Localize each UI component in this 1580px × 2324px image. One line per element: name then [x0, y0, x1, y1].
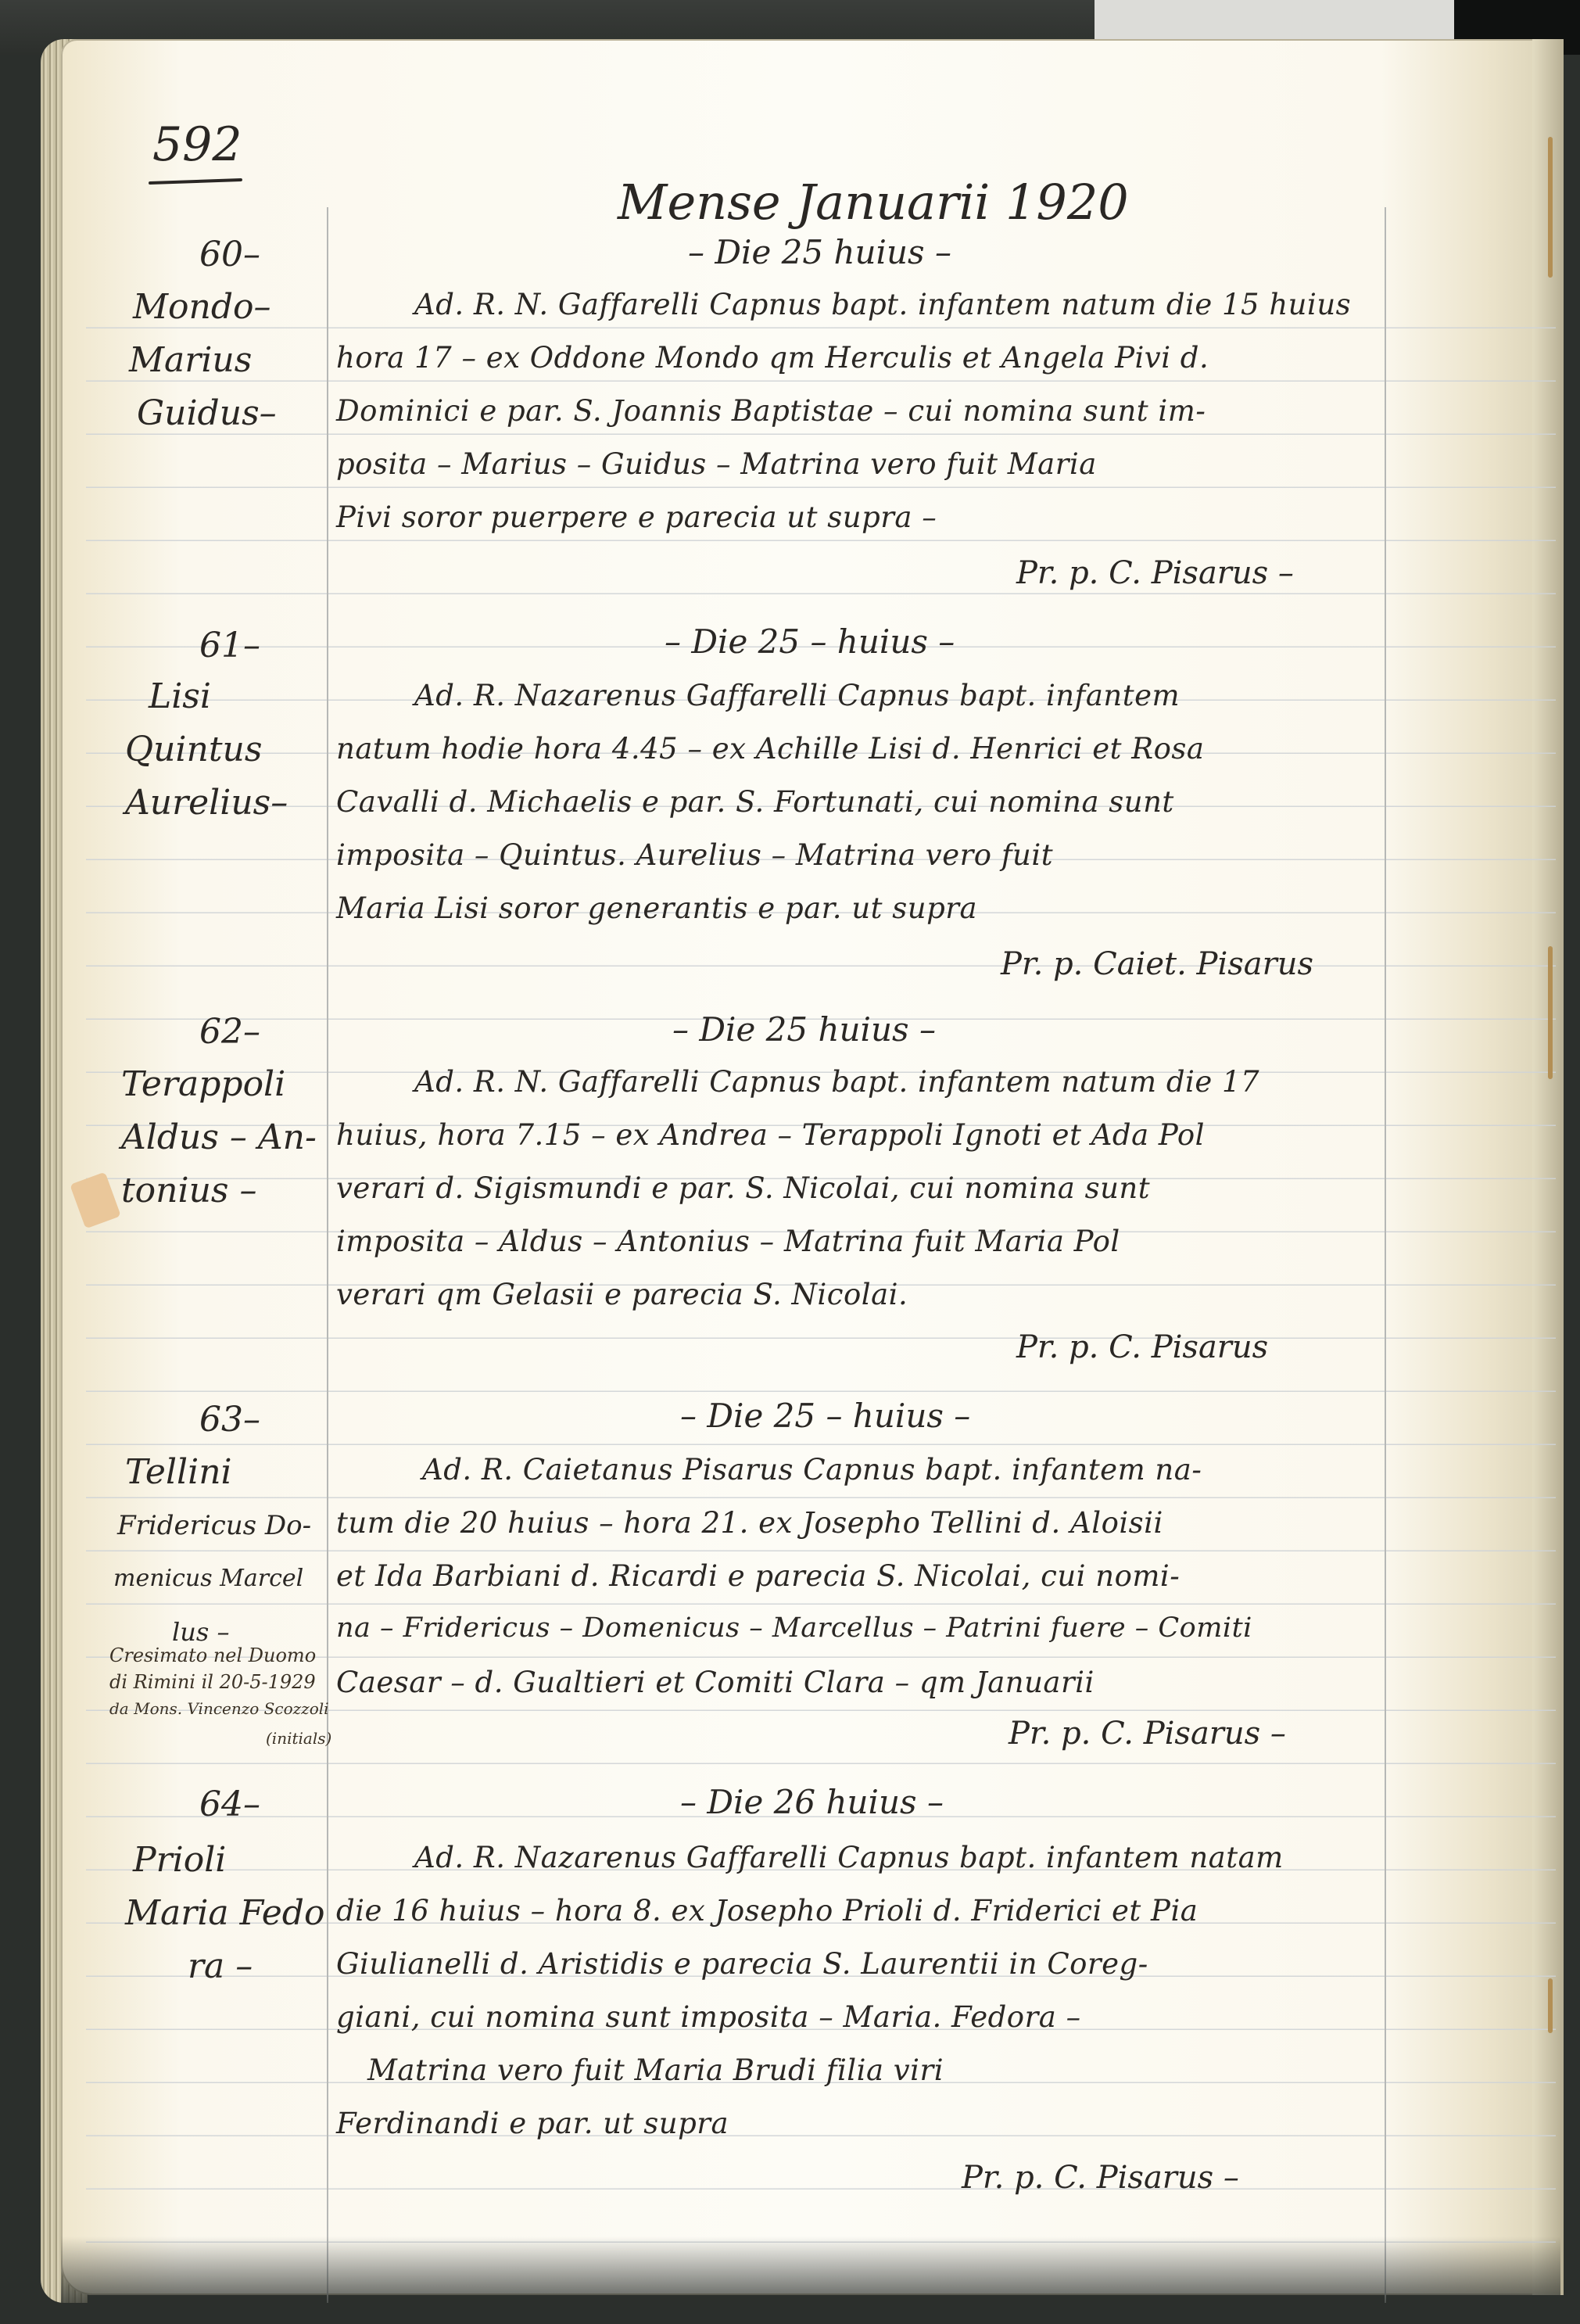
- binding-stitch: [1548, 137, 1553, 278]
- entry-number: 62–: [199, 1012, 260, 1052]
- day-heading: – Die 25 huius –: [688, 233, 951, 271]
- entry-text-line: tum die 20 huius – hora 21. ex Josepho T…: [336, 1506, 1163, 1540]
- margin-name: Fridericus Do-: [117, 1500, 311, 1551]
- priest-signature: Pr. p. C. Pisarus –: [1009, 1716, 1286, 1752]
- entry-text-line: die 16 huius – hora 8. ex Josepho Prioli…: [336, 1894, 1198, 1928]
- entry-number: 61–: [199, 626, 260, 665]
- confirmation-note: Cresimato nel Duomo: [109, 1642, 316, 1669]
- margin-name: ra –: [188, 1941, 253, 1992]
- entry-text-line: Caesar – d. Gualtieri et Comiti Clara – …: [336, 1666, 1095, 1699]
- binding-stitch: [1548, 946, 1553, 1079]
- day-heading: – Die 26 huius –: [680, 1783, 944, 1821]
- margin-name: Marius: [129, 335, 252, 386]
- entry-text-line: Maria Lisi soror generantis e par. ut su…: [336, 891, 977, 925]
- entry-text-line: Ad. R. Nazarenus Gaffarelli Capnus bapt.…: [414, 679, 1180, 712]
- priest-signature: Pr. p. C. Pisarus: [1016, 1329, 1268, 1365]
- margin-name: menicus Marcel: [113, 1553, 303, 1605]
- page-number: 592: [152, 117, 242, 172]
- entry-text-line: imposita – Quintus. Aurelius – Matrina v…: [336, 838, 1053, 872]
- entry-text-line: na – Fridericus – Domenicus – Marcellus …: [336, 1612, 1252, 1644]
- margin-name: Aldus – An-: [121, 1112, 317, 1164]
- entry-number: 64–: [199, 1784, 260, 1824]
- entry-text-line: Ad. R. Caietanus Pisarus Capnus bapt. in…: [422, 1453, 1202, 1487]
- binding-stitch: [1548, 1978, 1553, 2033]
- entry-number: 60–: [199, 235, 260, 274]
- margin-name: Prioli: [133, 1834, 226, 1886]
- margin-name: Tellini: [125, 1447, 232, 1498]
- entry-text-line: et Ida Barbiani d. Ricardi e parecia S. …: [336, 1559, 1180, 1593]
- confirmation-note: di Rimini il 20-5-1929: [109, 1669, 316, 1695]
- entry-text-line: huius, hora 7.15 – ex Andrea – Terappoli…: [336, 1118, 1205, 1152]
- margin-name: Terappoli: [121, 1059, 285, 1110]
- priest-signature: Pr. p. C. Pisarus –: [962, 2160, 1239, 2196]
- entry-text-line: verari qm Gelasii e parecia S. Nicolai.: [336, 1278, 908, 1311]
- margin-name: Maria Fedo: [125, 1888, 324, 1939]
- entry-text-line: giani, cui nomina sunt imposita – Maria.…: [336, 2000, 1081, 2034]
- entry-text-line: imposita – Aldus – Antonius – Matrina fu…: [336, 1225, 1120, 1258]
- margin-name: Lisi: [149, 671, 211, 723]
- day-heading: – Die 25 huius –: [672, 1010, 936, 1049]
- entry-text-line: Cavalli d. Michaelis e par. S. Fortunati…: [336, 785, 1174, 819]
- entry-text-line: Matrina vero fuit Maria Brudi filia viri: [367, 2053, 944, 2087]
- note-initials: (initials): [266, 1725, 331, 1752]
- entry-text-line: Dominici e par. S. Joannis Baptistae – c…: [336, 394, 1206, 428]
- entry-text-line: Ad. R. N. Gaffarelli Capnus bapt. infant…: [414, 1065, 1259, 1099]
- entry-text-line: Ad. R. N. Gaffarelli Capnus bapt. infant…: [414, 288, 1351, 321]
- entry-text-line: Ferdinandi e par. ut supra: [336, 2107, 729, 2140]
- day-heading: – Die 25 – huius –: [680, 1397, 970, 1435]
- entry-text-line: Pivi soror puerpere e parecia ut supra –: [336, 500, 937, 534]
- entry-text-line: verari d. Sigismundi e par. S. Nicolai, …: [336, 1171, 1150, 1205]
- margin-name: Aurelius–: [125, 777, 288, 829]
- entry-text-line: Ad. R. Nazarenus Gaffarelli Capnus bapt.…: [414, 1841, 1284, 1874]
- entry-text-line: posita – Marius – Guidus – Matrina vero …: [336, 447, 1097, 481]
- entry-text-line: hora 17 – ex Oddone Mondo qm Herculis et…: [336, 341, 1209, 375]
- margin-name: Mondo–: [133, 282, 271, 333]
- margin-name: Quintus: [125, 724, 262, 776]
- margin-name: Guidus–: [137, 388, 277, 439]
- entry-number: 63–: [199, 1400, 260, 1440]
- margin-rule-left: [327, 207, 328, 2303]
- margin-rule-right: [1385, 207, 1386, 2303]
- page-title: Mense Januarii 1920: [618, 174, 1129, 231]
- confirmation-note: da Mons. Vincenzo Scozzoli: [109, 1695, 329, 1722]
- day-heading: – Die 25 – huius –: [665, 622, 955, 661]
- entry-text-line: natum hodie hora 4.45 – ex Achille Lisi …: [336, 732, 1204, 766]
- priest-signature: Pr. p. Caiet. Pisarus: [1001, 946, 1313, 982]
- margin-name: tonius –: [121, 1165, 257, 1217]
- entry-text-line: Giulianelli d. Aristidis e parecia S. La…: [336, 1947, 1148, 1981]
- page-bottom-shadow: [61, 2236, 1560, 2324]
- priest-signature: Pr. p. C. Pisarus –: [1016, 555, 1294, 591]
